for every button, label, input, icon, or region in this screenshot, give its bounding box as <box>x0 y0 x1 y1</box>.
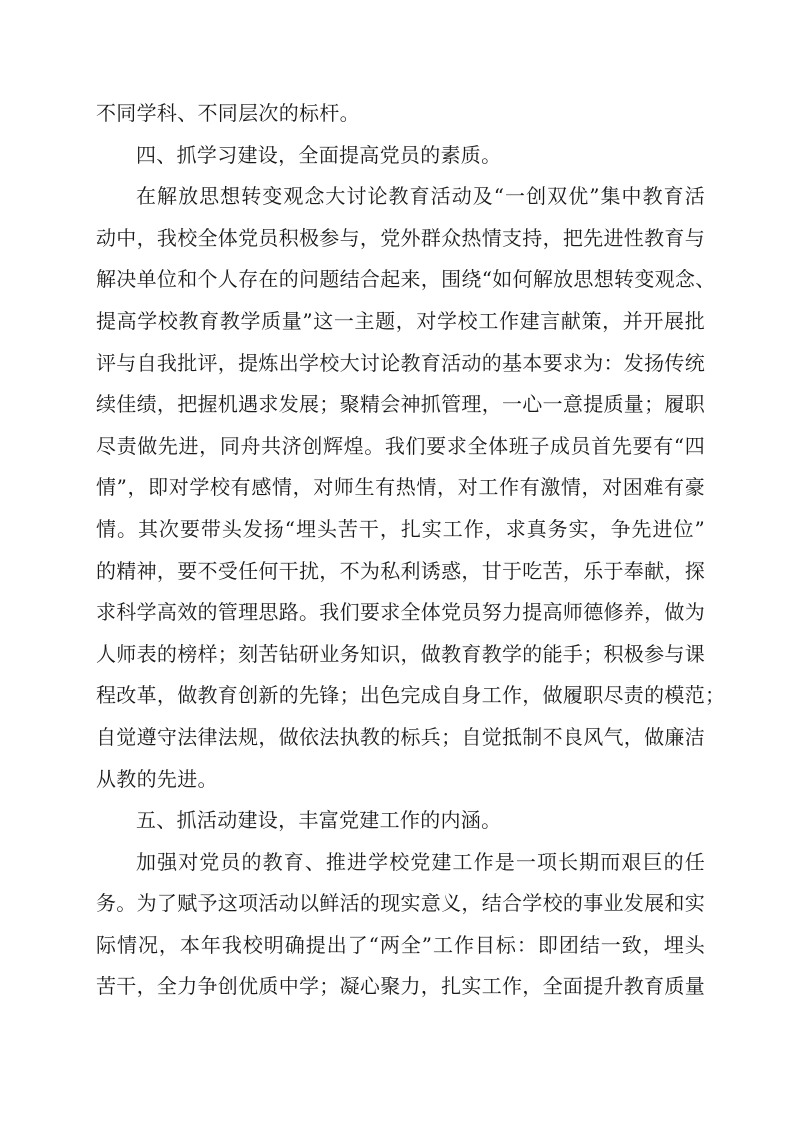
text-line: 情”，即对学校有感情，对师生有热情，对工作有激情，对困难有豪 <box>96 467 705 509</box>
text-line: 尽责做先进，同舟共济创辉煌。我们要求全体班子成员首先要有“四 <box>96 426 705 468</box>
text-line: 人师表的榜样；刻苦钻研业务知识，做教育教学的能手；积极参与课 <box>96 634 705 676</box>
text-line: 求科学高效的管理思路。我们要求全体党员努力提高师德修养，做为 <box>96 592 705 634</box>
text-line: 提高学校教育教学质量”这一主题，对学校工作建言献策，并开展批 <box>96 301 705 343</box>
text-line: 解决单位和个人存在的问题结合起来，围绕“如何解放思想转变观念、 <box>96 259 705 301</box>
document-body: 不同学科、不同层次的标杆。四、抓学习建设，全面提高党员的素质。在解放思想转变观念… <box>96 93 705 1008</box>
text-line: 际情况，本年我校明确提出了“两全”工作目标：即团结一致，埋头 <box>96 925 705 967</box>
text-line: 的精神，要不受任何干扰，不为私利诱惑，甘于吃苦，乐于奉献，探 <box>96 551 705 593</box>
text-line: 务。为了赋予这项活动以鲜活的现实意义，结合学校的事业发展和实 <box>96 883 705 925</box>
text-line: 四、抓学习建设，全面提高党员的素质。 <box>96 135 705 177</box>
text-line: 程改革，做教育创新的先锋；出色完成自身工作，做履职尽责的模范； <box>96 675 705 717</box>
text-line: 在解放思想转变观念大讨论教育活动及“一创双优”集中教育活 <box>96 176 705 218</box>
text-line: 评与自我批评，提炼出学校大讨论教育活动的基本要求为：发扬传统 <box>96 343 705 385</box>
text-line: 苦干，全力争创优质中学；凝心聚力，扎实工作，全面提升教育质量 <box>96 966 705 1008</box>
document-page: 不同学科、不同层次的标杆。四、抓学习建设，全面提高党员的素质。在解放思想转变观念… <box>0 0 794 1123</box>
text-line: 加强对党员的教育、推进学校党建工作是一项长期而艰巨的任 <box>96 842 705 884</box>
text-line: 自觉遵守法律法规，做依法执教的标兵；自觉抵制不良风气，做廉洁 <box>96 717 705 759</box>
text-line: 从教的先进。 <box>96 759 705 801</box>
text-line: 不同学科、不同层次的标杆。 <box>96 93 705 135</box>
text-line: 动中，我校全体党员积极参与，党外群众热情支持，把先进性教育与 <box>96 218 705 260</box>
text-line: 情。其次要带头发扬“埋头苦干，扎实工作，求真务实，争先进位” <box>96 509 705 551</box>
text-line: 续佳绩，把握机遇求发展；聚精会神抓管理，一心一意提质量；履职 <box>96 384 705 426</box>
text-line: 五、抓活动建设，丰富党建工作的内涵。 <box>96 800 705 842</box>
